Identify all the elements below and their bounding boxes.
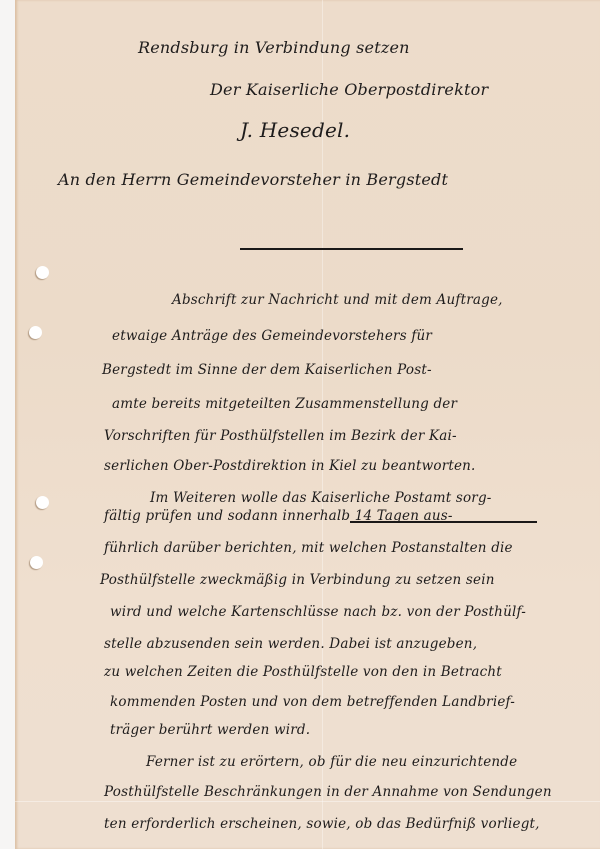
signature: J. Hesedel. — [240, 118, 350, 142]
body-line: Im Weiteren wolle das Kaiserliche Postam… — [150, 490, 492, 506]
body-line: Bergstedt im Sinne der dem Kaiserlichen … — [102, 362, 432, 378]
body-line: serlichen Ober-Postdirektion in Kiel zu … — [104, 458, 476, 474]
body-line: ten erforderlich erscheinen, sowie, ob d… — [104, 816, 540, 832]
punch-hole — [36, 496, 49, 509]
body-line: stelle abzusenden sein werden. Dabei ist… — [104, 636, 477, 652]
punch-hole — [36, 266, 49, 279]
divider-line — [240, 248, 463, 250]
body-line: Abschrift zur Nachricht und mit dem Auft… — [172, 292, 503, 308]
body-line: träger berührt werden wird. — [110, 722, 310, 738]
horizontal-fold-line — [15, 801, 600, 802]
body-line: führlich darüber berichten, mit welchen … — [104, 540, 513, 556]
body-line: Posthülfstelle Beschränkungen in der Ann… — [104, 784, 552, 800]
scan-margin — [0, 0, 15, 849]
header-line-2: Der Kaiserliche Oberpostdirektor — [210, 80, 488, 99]
punch-hole — [30, 556, 43, 569]
body-line: Vorschriften für Posthülfstellen im Bezi… — [104, 428, 457, 444]
body-line: Posthülfstelle zweckmäßig in Verbindung … — [100, 572, 495, 588]
body-line: amte bereits mitgeteilten Zusammenstellu… — [112, 396, 457, 412]
body-line: zu welchen Zeiten die Posthülfstelle von… — [104, 664, 502, 680]
body-line: wird und welche Kartenschlüsse nach bz. … — [110, 604, 526, 620]
body-line: kommenden Posten und von dem betreffende… — [110, 694, 515, 710]
address-line: An den Herrn Gemeindevorsteher in Bergst… — [58, 170, 448, 189]
body-line: Ferner ist zu erörtern, ob für die neu e… — [146, 754, 517, 770]
body-line: etwaige Anträge des Gemeindevorstehers f… — [112, 328, 432, 344]
punch-hole — [29, 326, 42, 339]
underline-innerhalb-14-tagen — [350, 521, 537, 523]
header-line-1: Rendsburg in Verbindung setzen — [138, 38, 410, 57]
